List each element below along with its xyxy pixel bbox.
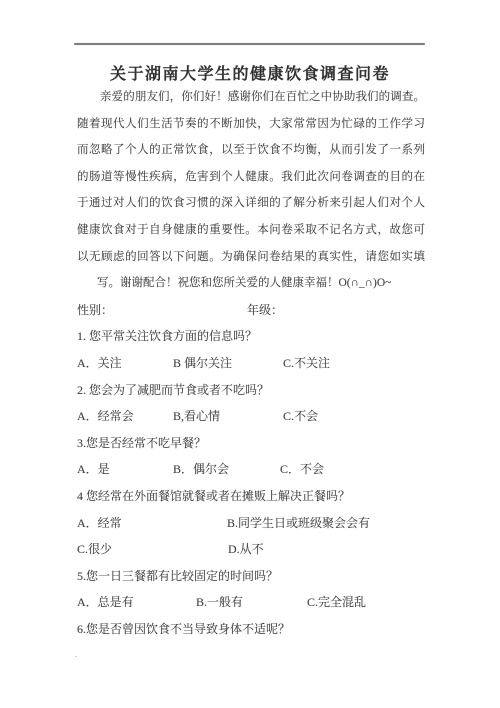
grade-field-label: 年级： — [247, 297, 283, 324]
question-5-options: A．总是有 B.一般有 C.完全混乱 — [77, 589, 425, 616]
question-5-text: 5.您一日三餐都有比较固定的时间吗？ — [77, 563, 425, 590]
question-2-option-c: C.不会 — [283, 403, 318, 430]
question-1-option-a: A．关注 — [77, 350, 122, 377]
question-3-option-a: A．是 — [77, 456, 110, 483]
intro-line: 健康饮食对于自身健康的重要性。本问卷采取不记名方式，故您可 — [77, 217, 425, 244]
question-3-option-b: B．偶尔会 — [173, 456, 229, 483]
scan-artifact-mark: · — [74, 651, 79, 663]
question-2-options: A．经常会 B,看心情 C.不会 — [77, 403, 425, 430]
intro-line: 而忽略了个人的正常饮食，以至于饮食不均衡，从而引发了一系列 — [77, 137, 425, 164]
intro-line: 随着现代人们生活节奏的不断加快，大家常常因为忙碌的工作学习 — [77, 111, 425, 138]
top-horizontal-rule — [74, 43, 425, 45]
question-4-option-d: D.从不 — [228, 536, 264, 563]
question-3-option-c: C．不会 — [280, 456, 324, 483]
intro-line: 写。谢谢配合！祝您和您所关爱的人健康幸福！O(∩_∩)O~ — [77, 270, 425, 297]
question-4-option-c: C.很少 — [77, 536, 112, 563]
question-3-text: 3.您是否经常不吃早餐？ — [77, 430, 425, 457]
question-5-option-c: C.完全混乱 — [307, 589, 366, 616]
question-3-options: A．是 B．偶尔会 C．不会 — [77, 456, 425, 483]
question-5-option-b: B.一般有 — [196, 589, 243, 616]
question-4-option-b: B.同学生日或班级聚会会有 — [227, 510, 370, 537]
question-4-options-row2: C.很少 D.从不 — [77, 536, 425, 563]
question-4-option-a: A．经常 — [77, 510, 122, 537]
question-2-text: 2. 您会为了减肥而节食或者不吃吗？ — [77, 377, 425, 404]
intro-line: 以无顾虑的回答以下问题。为确保问卷结果的真实性，请您如实填 — [77, 244, 425, 271]
gender-field-label: 性别： — [77, 297, 113, 324]
question-4-text: 4 您经常在外面餐馆就餐或者在摊贩上解决正餐吗？ — [77, 483, 425, 510]
intro-line: 的肠道等慢性疾病，危害到个人健康。我们此次问卷调查的目的在 — [77, 164, 425, 191]
question-1-text: 1. 您平常关注饮食方面的信息吗？ — [77, 323, 425, 350]
questionnaire-page: 关于湖南大学生的健康饮食调查问卷 亲爱的朋友们，你们好！感谢你们在百忙之中协助我… — [0, 0, 500, 708]
intro-line: 于通过对人们的饮食习惯的深入详细的了解分析来引起人们对个人 — [77, 190, 425, 217]
question-4-options-row1: A．经常 B.同学生日或班级聚会会有 — [77, 510, 425, 537]
document-title: 关于湖南大学生的健康饮食调查问卷 — [0, 61, 500, 84]
intro-line: 亲爱的朋友们，你们好！感谢你们在百忙之中协助我们的调查。 — [77, 84, 425, 111]
question-1-options: A．关注 B 偶尔关注 C.不关注 — [77, 350, 425, 377]
question-2-option-a: A．经常会 — [77, 403, 134, 430]
respondent-fields-row: 性别： 年级： — [77, 297, 425, 324]
question-2-option-b: B,看心情 — [173, 403, 220, 430]
question-5-option-a: A．总是有 — [77, 589, 134, 616]
document-body: 亲爱的朋友们，你们好！感谢你们在百忙之中协助我们的调查。 随着现代人们生活节奏的… — [77, 84, 425, 642]
question-6-text: 6.您是否曾因饮食不当导致身体不适呢？ — [77, 616, 425, 643]
question-1-option-b: B 偶尔关注 — [173, 350, 232, 377]
question-1-option-c: C.不关注 — [283, 350, 330, 377]
